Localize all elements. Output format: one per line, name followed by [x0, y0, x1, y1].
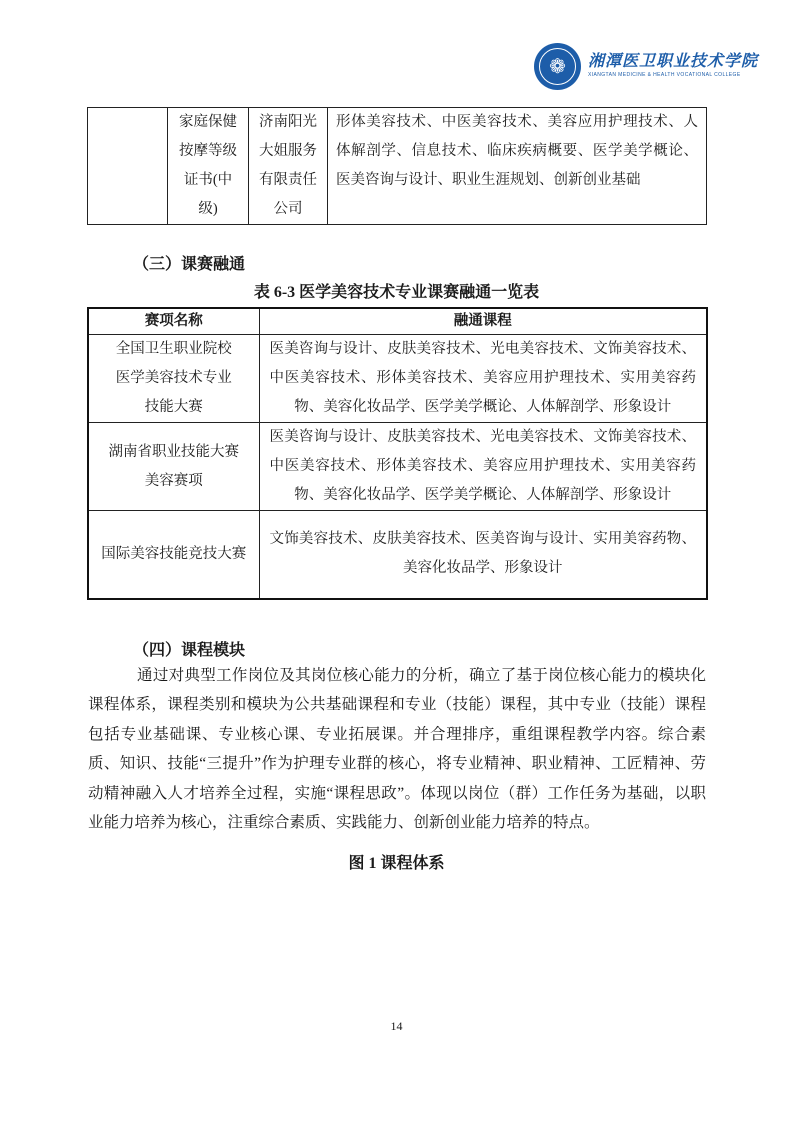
cert-courses-cell: 形体美容技术、中医美容技术、美容应用护理技术、人体解剖学、信息技术、临床疾病概要… — [328, 108, 707, 225]
cert-name-line: 按摩等级 — [168, 137, 248, 166]
certificate-table: 家庭保健 按摩等级 证书(中 级) 济南阳光 大姐服务 有限责任 公司 形体美容… — [87, 107, 707, 225]
college-name-block: 湘潭医卫职业技术学院 XIANGTAN MEDICINE & HEALTH VO… — [588, 53, 758, 78]
company-line: 大姐服务 — [249, 137, 327, 166]
cert-name-cell: 家庭保健 按摩等级 证书(中 级) — [168, 108, 249, 225]
competition-courses-cell: 文饰美容技术、皮肤美容技术、医美咨询与设计、实用美容药物、美容化妆品学、形象设计 — [259, 511, 707, 599]
figure1-caption: 图 1 课程体系 — [0, 850, 793, 873]
college-name-en: XIANGTAN MEDICINE & HEALTH VOCATIONAL CO… — [588, 73, 758, 79]
college-logo: ❁ 湘潭医卫职业技术学院 XIANGTAN MEDICINE & HEALTH … — [534, 40, 759, 92]
section4-heading: （四）课程模块 — [133, 637, 245, 660]
table-row: 湖南省职业技能大赛 美容赛项 医美咨询与设计、皮肤美容技术、光电美容技术、文饰美… — [88, 423, 707, 511]
cert-name-line: 家庭保健 — [168, 108, 248, 137]
competition-name-line: 全国卫生职业院校 — [95, 335, 253, 364]
section4-paragraph: 通过对典型工作岗位及其岗位核心能力的分析，确立了基于岗位核心能力的模块化课程体系… — [88, 661, 706, 837]
competition-name-cell: 全国卫生职业院校 医学美容技术专业 技能大赛 — [88, 335, 259, 423]
company-line: 有限责任 — [249, 166, 327, 195]
competition-courses-cell: 医美咨询与设计、皮肤美容技术、光电美容技术、文饰美容技术、中医美容技术、形体美容… — [259, 335, 707, 423]
competition-courses-cell: 医美咨询与设计、皮肤美容技术、光电美容技术、文饰美容技术、中医美容技术、形体美容… — [259, 423, 707, 511]
company-line: 济南阳光 — [249, 108, 327, 137]
column-header-courses: 融通课程 — [259, 308, 707, 335]
section3-heading: （三）课赛融通 — [133, 251, 245, 274]
lotus-flower-icon: ❁ — [549, 56, 566, 76]
competition-name-line: 美容赛项 — [95, 467, 253, 496]
competition-name-cell: 湖南省职业技能大赛 美容赛项 — [88, 423, 259, 511]
table63-caption: 表 6-3 医学美容技术专业课赛融通一览表 — [0, 279, 793, 302]
college-seal-icon: ❁ — [534, 43, 581, 90]
competition-name-line: 技能大赛 — [95, 393, 253, 422]
company-line: 公司 — [249, 195, 327, 224]
competition-name-line: 医学美容技术专业 — [95, 364, 253, 393]
table-row: 家庭保健 按摩等级 证书(中 级) 济南阳光 大姐服务 有限责任 公司 形体美容… — [88, 108, 707, 225]
table-header-row: 赛项名称 融通课程 — [88, 308, 707, 335]
college-name-zh: 湘潭医卫职业技术学院 — [588, 53, 758, 71]
cert-name-line: 级) — [168, 195, 248, 224]
cert-table-blank-cell — [88, 108, 168, 225]
competition-name-cell: 国际美容技能竞技大赛 — [88, 511, 259, 599]
document-page: ❁ 湘潭医卫职业技术学院 XIANGTAN MEDICINE & HEALTH … — [0, 0, 793, 1122]
page-number: 14 — [0, 1019, 793, 1034]
cert-name-line: 证书(中 — [168, 166, 248, 195]
table-row: 国际美容技能竞技大赛 文饰美容技术、皮肤美容技术、医美咨询与设计、实用美容药物、… — [88, 511, 707, 599]
competition-name-line: 国际美容技能竞技大赛 — [95, 540, 253, 569]
table-row: 全国卫生职业院校 医学美容技术专业 技能大赛 医美咨询与设计、皮肤美容技术、光电… — [88, 335, 707, 423]
competition-course-table: 赛项名称 融通课程 全国卫生职业院校 医学美容技术专业 技能大赛 医美咨询与设计… — [87, 307, 708, 600]
competition-name-line: 湖南省职业技能大赛 — [95, 438, 253, 467]
column-header-competition: 赛项名称 — [88, 308, 259, 335]
cert-company-cell: 济南阳光 大姐服务 有限责任 公司 — [249, 108, 328, 225]
